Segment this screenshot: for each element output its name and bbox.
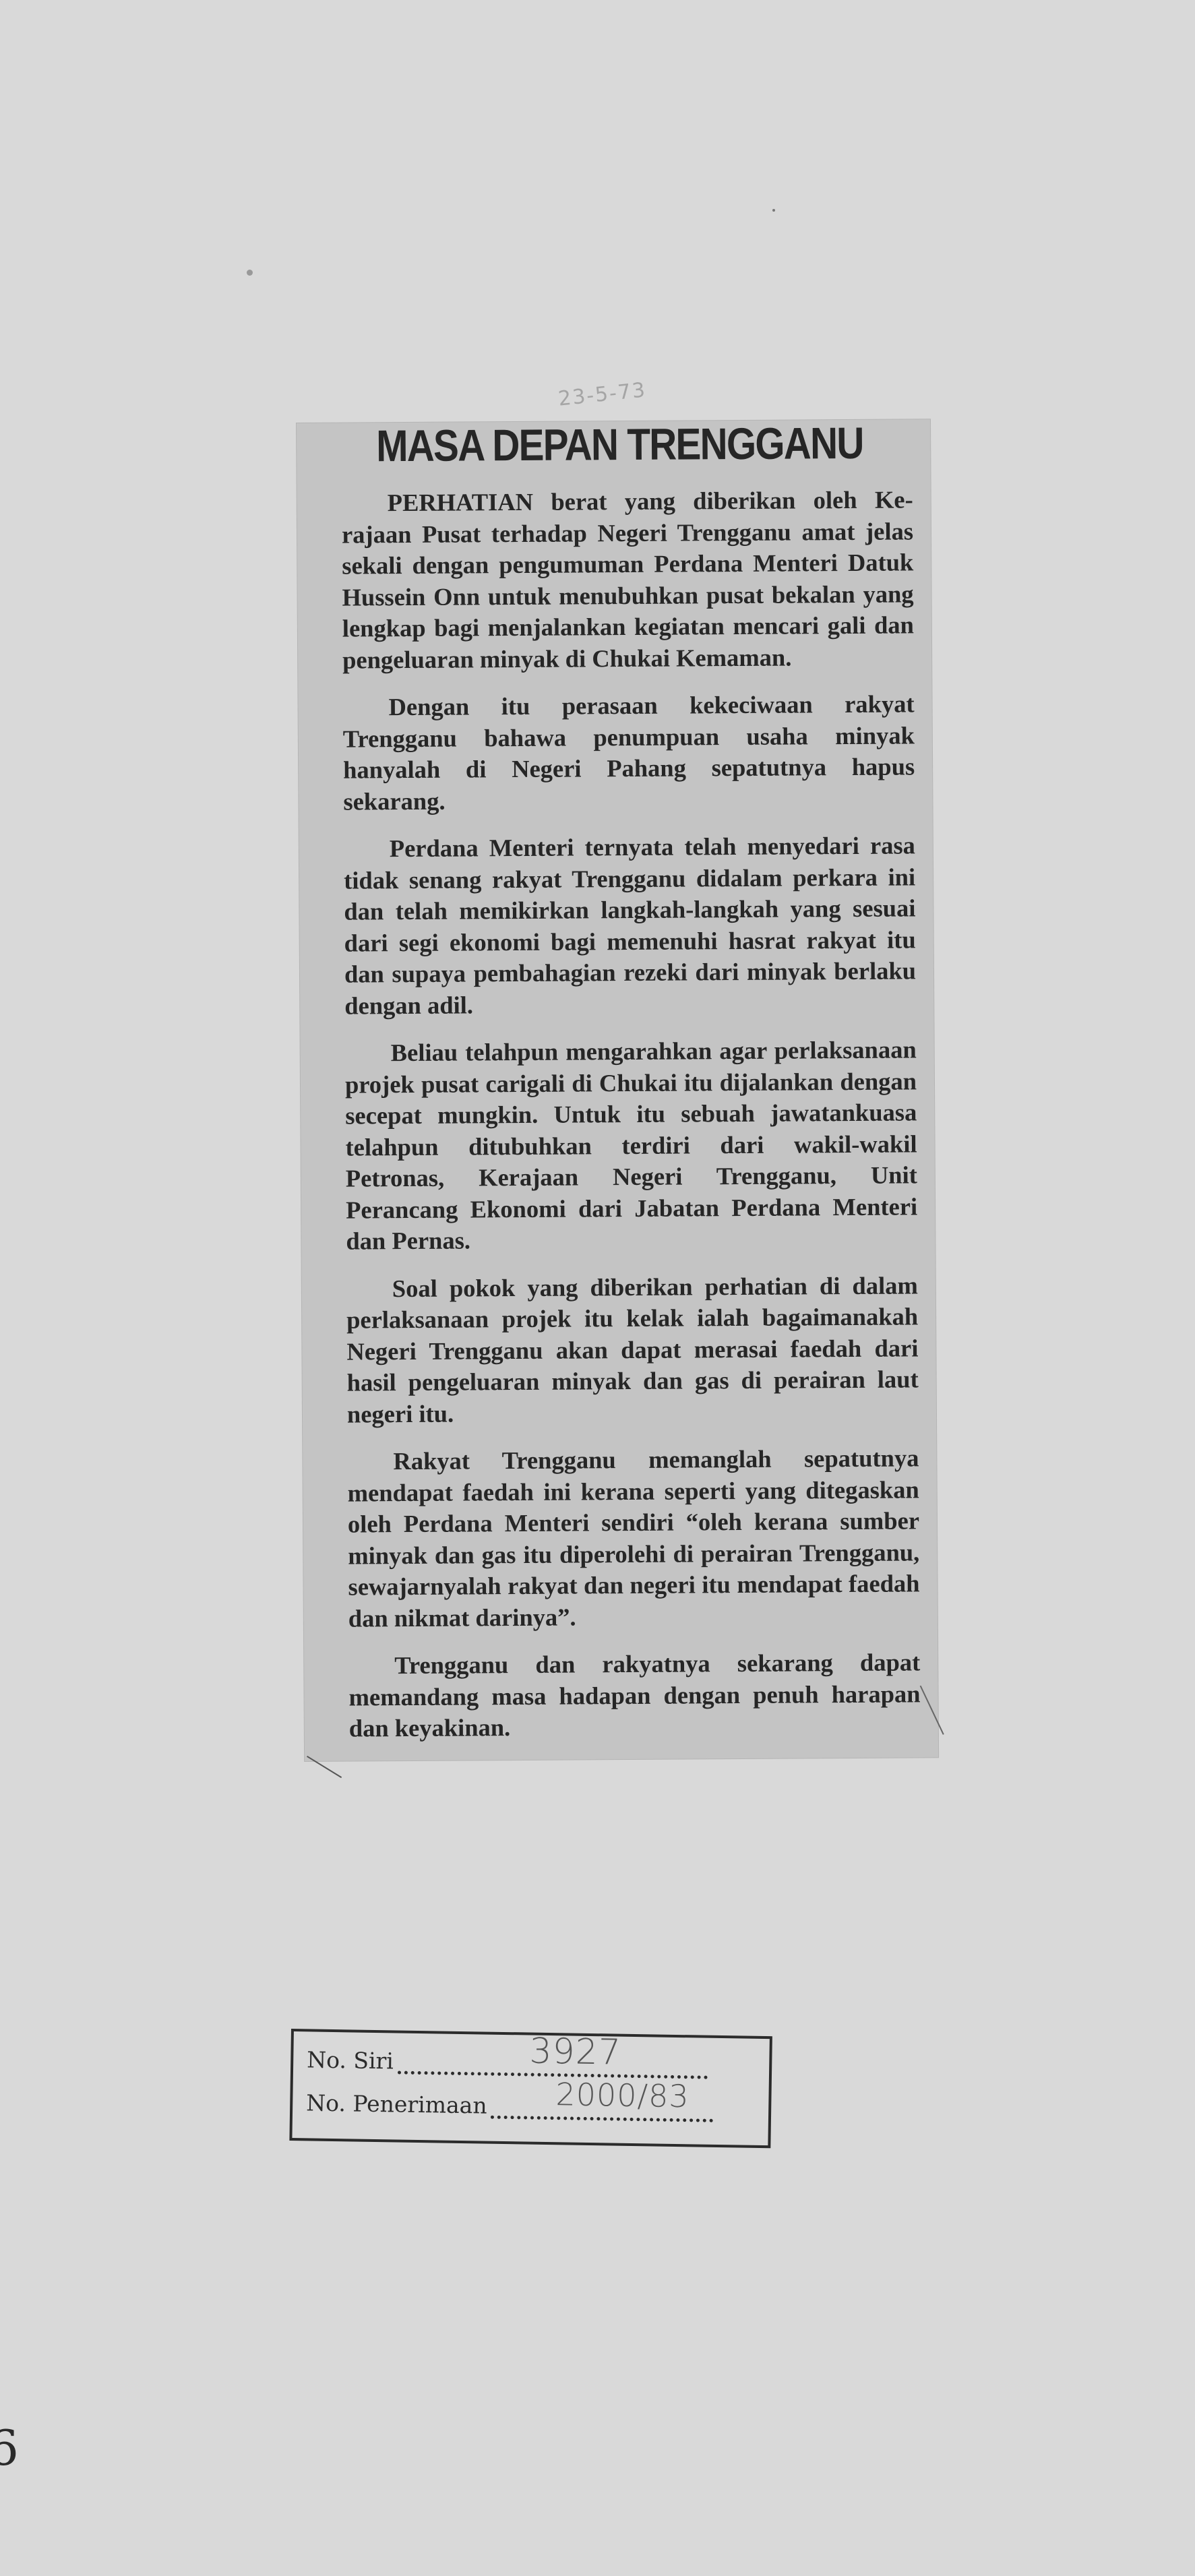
article-paragraph: Perdana Menteri ternyata telah menyedari… — [344, 830, 917, 1021]
article-paragraph: PERHATIAN berat yang diberikan oleh Ke­r… — [342, 484, 915, 675]
siri-label: No. Siri — [307, 2046, 394, 2074]
cut-mark — [307, 1756, 342, 1778]
article-paragraph: Soal pokok yang diberikan perhatian di d… — [346, 1270, 919, 1430]
article-paragraph: Beliau telahpun mengarahkan agar perlak­… — [345, 1034, 918, 1257]
article-paragraph: Rakyat Trengganu memanglah sepatutnya me… — [347, 1442, 920, 1634]
newspaper-clipping: MASA DEPAN TRENGGANU PERHATIAN berat yan… — [297, 419, 938, 1761]
article-paragraph: Dengan itu perasaan kekeciwaan rakyat Tr… — [342, 688, 915, 817]
dust-speck — [772, 209, 775, 212]
archive-stamp: No. Siri No. Penerimaan 3927 2000/83 — [289, 2029, 772, 2148]
stamp-row-siri: No. Siri — [307, 2046, 708, 2079]
penerimaan-label: No. Penerimaan — [306, 2089, 487, 2118]
cut-mark — [920, 1686, 944, 1735]
penerimaan-value: 2000/83 — [555, 2076, 690, 2114]
dust-speck — [247, 270, 253, 276]
handwritten-date: 23-5-73 — [557, 378, 648, 411]
article-headline: MASA DEPAN TRENGGANU — [376, 417, 817, 471]
article-body: PERHATIAN berat yang diberikan oleh Ke­r… — [342, 484, 921, 1760]
article-paragraph: Trengganu dan rakyatnya sekarang dapat m… — [348, 1647, 921, 1744]
page-edge-number: 6 — [0, 2420, 19, 2476]
siri-value: 3927 — [529, 2031, 621, 2073]
